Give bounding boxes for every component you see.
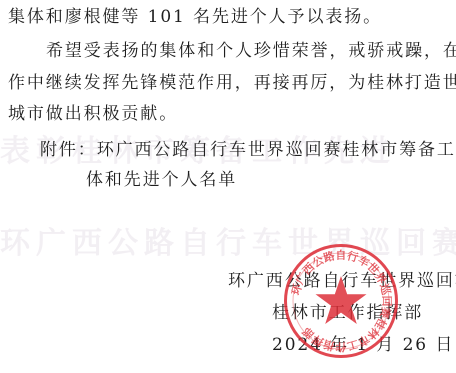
- body-paragraph-line: 希望受表扬的集体和个人珍惜荣誉，戒骄戒躁，在今后的工: [46, 41, 456, 61]
- body-paragraph-line: 城市做出积极贡献。: [8, 104, 178, 124]
- attachment-line: 附件：环广西公路自行车世界巡回赛桂林市筹备工作先进集: [40, 140, 456, 160]
- signature-org-line: 环广西公路自行车世界巡回赛: [228, 271, 456, 291]
- signature-org-line: 桂林市工作指挥部: [272, 303, 423, 323]
- attachment-title: 环广西公路自行车世界巡回赛桂林市筹备工作先进集: [97, 140, 456, 160]
- body-paragraph-line: 作中继续发挥先锋模范作用，再接再厉，为桂林打造世界级旅游: [8, 73, 456, 93]
- body-paragraph-line: 集体和廖根健等 101 名先进个人予以表扬。: [8, 7, 382, 27]
- document-page: 表彰桂林市筹备工作先进 环广西公路自行车世界巡回赛桂林市工作指挥部 集体和廖根健…: [0, 0, 456, 373]
- attachment-line-continued: 体和先进个人名单: [86, 170, 237, 190]
- attachment-label: 附件：: [40, 140, 97, 160]
- bleed-through-text: 环广西公路自行车世界巡回赛桂林市工作指挥部: [0, 218, 456, 262]
- signature-date: 2024 年 1 月 26 日: [272, 335, 454, 355]
